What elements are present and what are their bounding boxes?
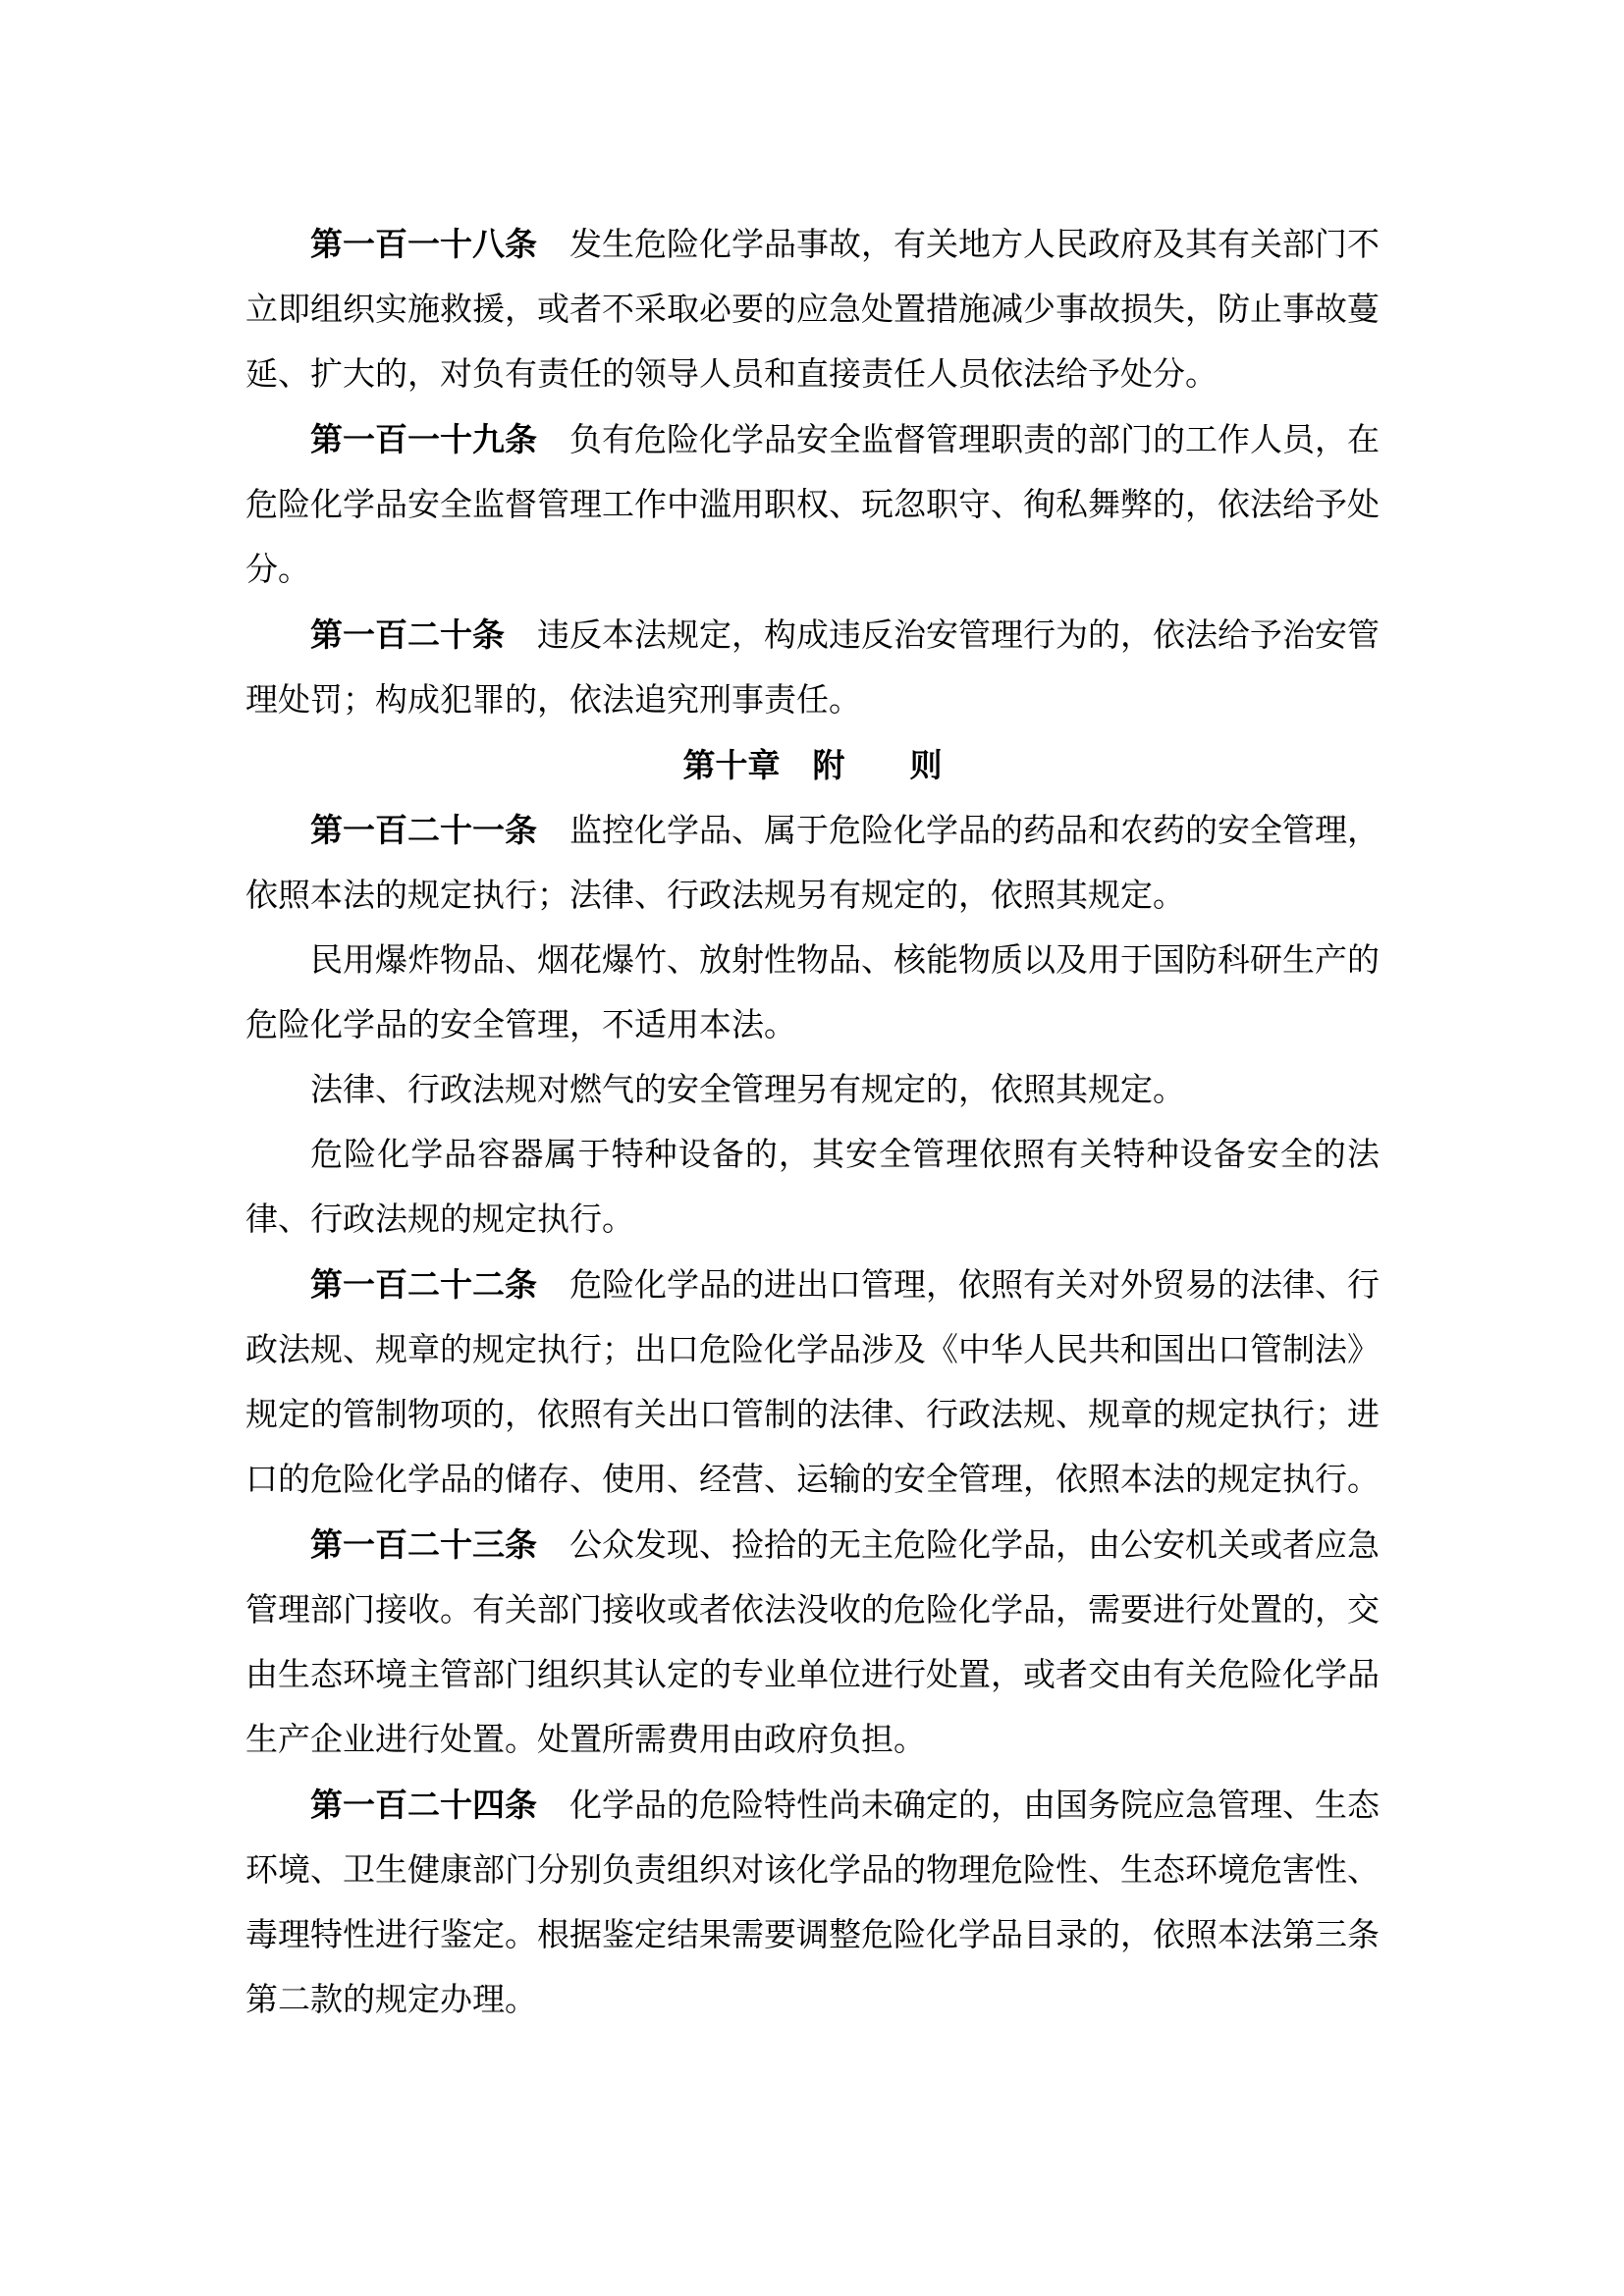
body-paragraph: 危险化学品容器属于特种设备的，其安全管理依照有关特种设备安全的法律、行政法规的规… bbox=[245, 1123, 1380, 1253]
article-paragraph-124: 第一百二十四条化学品的危险特性尚未确定的，由国务院应急管理、生态环境、卫生健康部… bbox=[245, 1773, 1380, 2033]
article-paragraph-120: 第一百二十条违反本法规定，构成违反治安管理行为的，依法给予治安管理处罚；构成犯罪… bbox=[245, 603, 1380, 733]
article-paragraph-121: 第一百二十一条监控化学品、属于危险化学品的药品和农药的安全管理，依照本法的规定执… bbox=[245, 798, 1380, 929]
article-number: 第一百二十条 bbox=[310, 616, 505, 653]
body-paragraph: 民用爆炸物品、烟花爆竹、放射性物品、核能物质以及用于国防科研生产的危险化学品的安… bbox=[245, 929, 1380, 1058]
chapter-heading: 第十章 附 则 bbox=[245, 733, 1380, 798]
paragraph-text: 民用爆炸物品、烟花爆竹、放射性物品、核能物质以及用于国防科研生产的危险化学品的安… bbox=[245, 943, 1380, 1043]
article-number: 第一百一十九条 bbox=[310, 421, 537, 457]
document-page: 第一百一十八条发生危险化学品事故，有关地方人民政府及其有关部门不立即组织实施救援… bbox=[0, 0, 1624, 2296]
article-number: 第一百二十四条 bbox=[310, 1787, 537, 1823]
article-number: 第一百二十一条 bbox=[310, 812, 537, 848]
article-paragraph-118: 第一百一十八条发生危险化学品事故，有关地方人民政府及其有关部门不立即组织实施救援… bbox=[245, 212, 1380, 407]
article-paragraph-123: 第一百二十三条公众发现、捡拾的无主危险化学品，由公安机关或者应急管理部门接收。有… bbox=[245, 1513, 1380, 1773]
article-paragraph-119: 第一百一十九条负有危险化学品安全监督管理职责的部门的工作人员，在危险化学品安全监… bbox=[245, 407, 1380, 603]
article-paragraph-122: 第一百二十二条危险化学品的进出口管理，依照有关对外贸易的法律、行政法规、规章的规… bbox=[245, 1253, 1380, 1513]
article-text: 化学品的危险特性尚未确定的，由国务院应急管理、生态环境、卫生健康部门分别负责组织… bbox=[245, 1789, 1380, 2018]
document-content: 第一百一十八条发生危险化学品事故，有关地方人民政府及其有关部门不立即组织实施救援… bbox=[245, 212, 1380, 2033]
article-number: 第一百二十二条 bbox=[310, 1266, 537, 1303]
article-text: 危险化学品的进出口管理，依照有关对外贸易的法律、行政法规、规章的规定执行；出口危… bbox=[245, 1268, 1380, 1498]
article-number: 第一百一十八条 bbox=[310, 226, 537, 262]
paragraph-text: 危险化学品容器属于特种设备的，其安全管理依照有关特种设备安全的法律、行政法规的规… bbox=[245, 1138, 1380, 1238]
paragraph-text: 法律、行政法规对燃气的安全管理另有规定的，依照其规定。 bbox=[310, 1073, 1185, 1108]
article-text: 公众发现、捡拾的无主危险化学品，由公安机关或者应急管理部门接收。有关部门接收或者… bbox=[245, 1528, 1380, 1758]
article-number: 第一百二十三条 bbox=[310, 1526, 537, 1563]
body-paragraph: 法律、行政法规对燃气的安全管理另有规定的，依照其规定。 bbox=[245, 1058, 1380, 1123]
